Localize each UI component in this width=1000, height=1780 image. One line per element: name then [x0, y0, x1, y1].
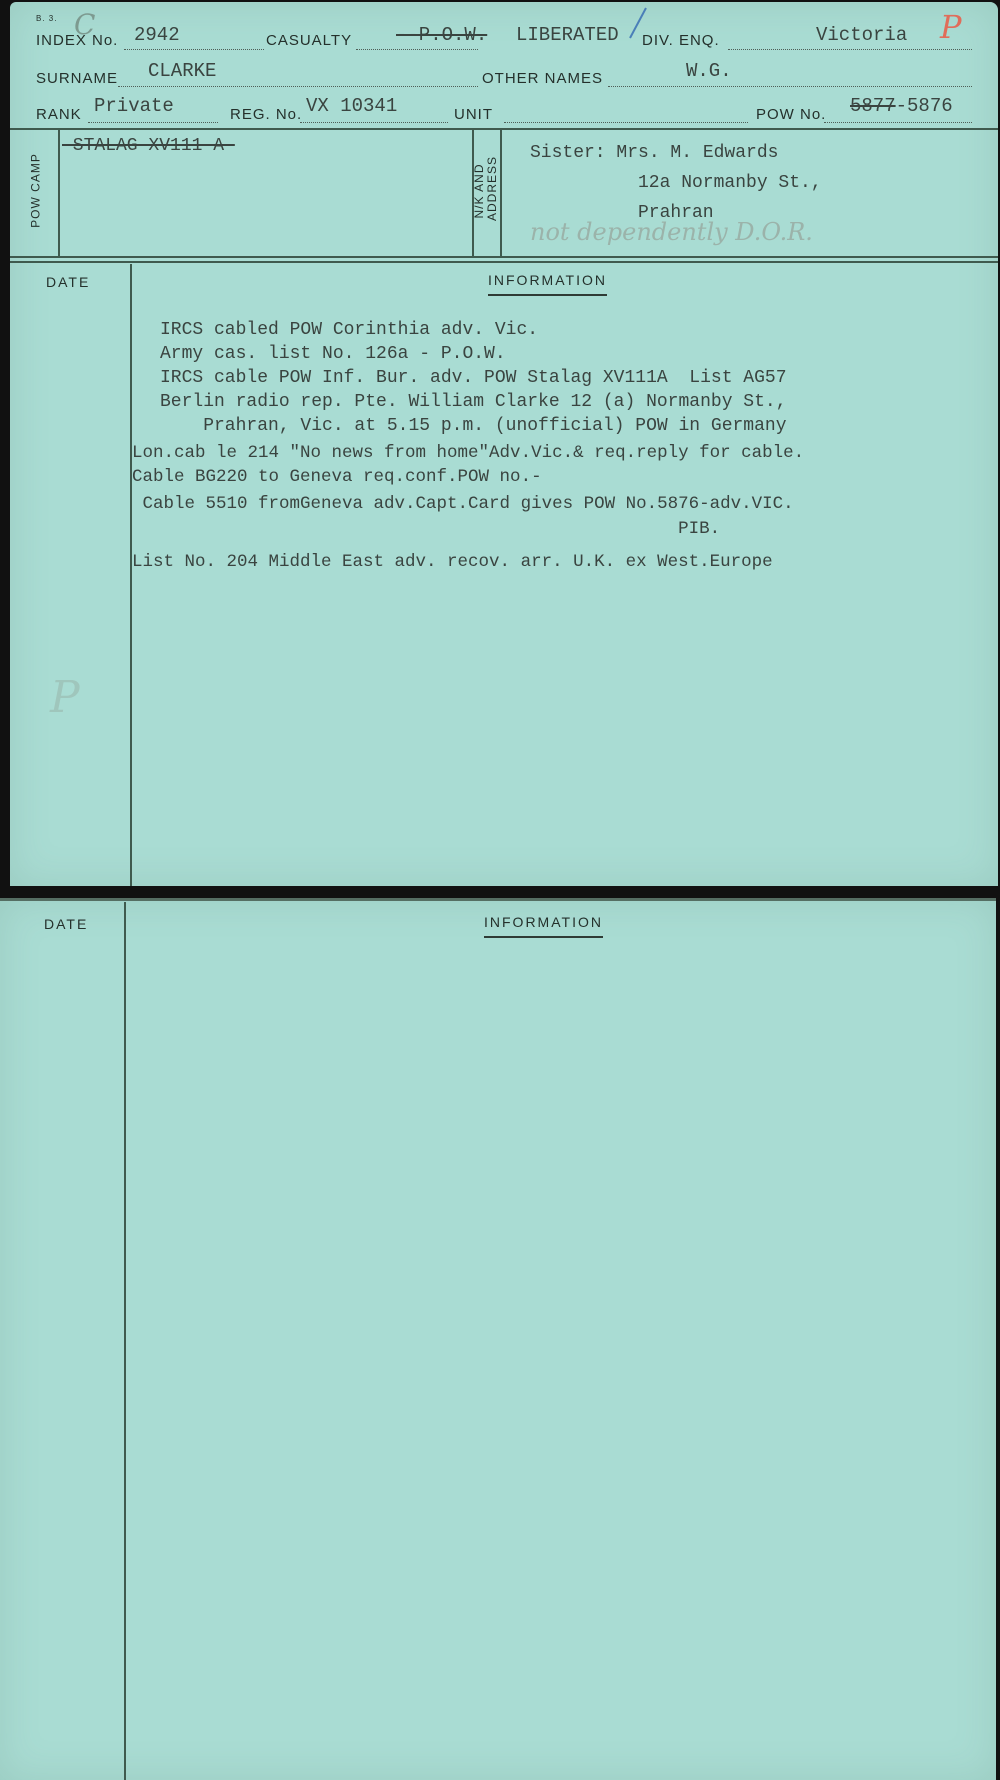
div-enq-label: DIV. ENQ.: [642, 32, 720, 49]
pow-no-struck-value: 5877: [850, 95, 896, 117]
form-code: B. 3.: [36, 14, 57, 23]
date-column-header: DATE: [46, 274, 90, 290]
surname-label: SURNAME: [36, 70, 118, 87]
entry-text: IRCS cabled POW Corinthia adv. Vic.: [160, 320, 538, 340]
rank-label: RANK: [36, 106, 82, 123]
red-pencil-mark: P: [940, 8, 962, 46]
back-date-column-header: DATE: [44, 916, 88, 932]
entry-text: Lon.cab le 214 "No news from home"Adv.Vi…: [132, 443, 804, 463]
entry-text: Prahran, Vic. at 5.15 p.m. (unofficial) …: [160, 416, 787, 436]
other-names-value: W.G.: [686, 60, 732, 82]
casualty-struck-value: --P.O.W.: [396, 24, 487, 46]
nk-pencil-note: not dependently D.O.R.: [530, 218, 813, 246]
nk-address-value: Sister: Mrs. M. Edwards 12a Normanby St.…: [530, 138, 822, 228]
entry-text: Cable 5510 fromGeneva adv.Capt.Card give…: [132, 494, 794, 514]
entry-text: Army cas. list No. 126a - P.O.W.: [160, 344, 506, 364]
entry-text: Berlin radio rep. Pte. William Clarke 12…: [160, 392, 787, 412]
unit-label: UNIT: [454, 106, 493, 123]
information-column-header: INFORMATION: [488, 272, 607, 296]
entry-text: Cable BG220 to Geneva req.conf.POW no.-: [132, 467, 542, 487]
entry-text: PIB.: [132, 519, 720, 539]
pencil-scribble: P: [50, 672, 80, 723]
pow-no-label: POW No.: [756, 106, 826, 123]
entry-text: IRCS cable POW Inf. Bur. adv. POW Stalag…: [160, 368, 787, 388]
pow-camp-value: -STALAG-XV111-A-: [62, 136, 235, 156]
record-card-front: B. 3. C INDEX No. 2942 CASUALTY --P.O.W.…: [10, 2, 998, 886]
rank-value: Private: [94, 95, 174, 117]
entry-text: List No. 204 Middle East adv. recov. arr…: [132, 552, 773, 572]
casualty-value: LIBERATED: [516, 24, 619, 46]
index-no-value: 2942: [134, 24, 180, 46]
back-information-column-header: INFORMATION: [484, 914, 603, 938]
pow-no-current-value: -5876: [896, 95, 953, 117]
other-names-label: OTHER NAMES: [482, 70, 603, 87]
div-enq-value: Victoria: [816, 24, 907, 46]
surname-value: CLARKE: [148, 60, 216, 82]
reg-no-value: VX 10341: [306, 95, 397, 117]
pow-no-value: 5877-5876: [850, 95, 953, 117]
casualty-label: CASUALTY: [266, 32, 352, 49]
index-no-label: INDEX No.: [36, 32, 118, 49]
reg-no-label: REG. No.: [230, 106, 302, 123]
nk-address-label: N/K AND ADDRESS: [473, 161, 499, 221]
pow-camp-label: POW CAMP: [30, 151, 43, 231]
record-card-back: DATE INFORMATION: [0, 898, 996, 1780]
